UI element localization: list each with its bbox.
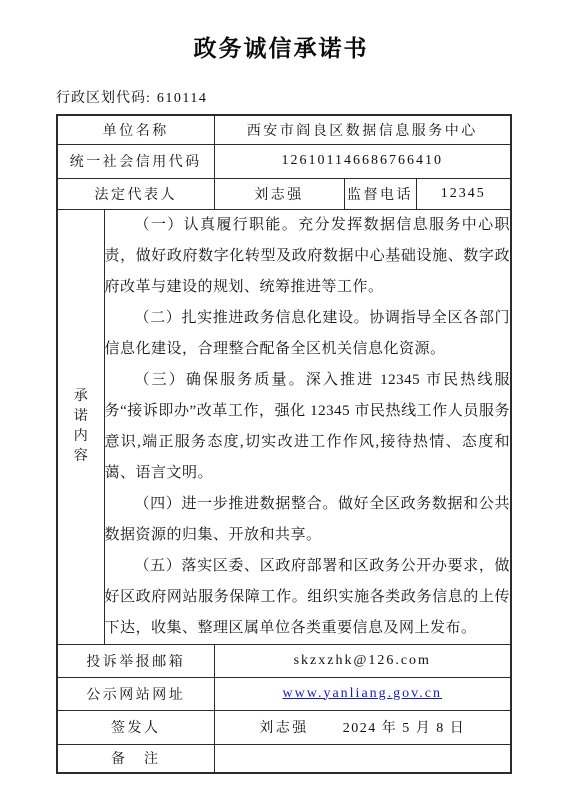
table-row-credit-code: 统一社会信用代码 126101146686766410 [57, 144, 511, 178]
issuer-date: 2024 年 5 月 8 日 [343, 721, 466, 736]
admin-code-label: 行政区划代码: [56, 91, 151, 106]
table-row-issuer: 签发人 刘志强2024 年 5 月 8 日 [57, 710, 511, 744]
commitment-paragraph-5: （五）落实区委、区政府部署和区政务公开办要求，做好区政府网站服务保障工作。组织实… [105, 551, 511, 644]
table-row-unit-name: 单位名称 西安市阎良区数据信息服务中心 [57, 115, 511, 144]
table-row-public-website: 公示网站网址 www.yanliang.gov.cn [57, 677, 511, 710]
table-row-legal-rep: 法定代表人 刘志强 监督电话 12345 [57, 178, 511, 209]
unit-name-value: 西安市阎良区数据信息服务中心 [214, 115, 511, 144]
commitment-paragraph-4: （四）进一步推进数据整合。做好全区政务数据和公共数据资源的归集、开放和共享。 [105, 489, 511, 551]
page-title: 政务诚信承诺书 [0, 30, 562, 63]
table-row-commitment: 承诺内容 （一）认真履行职能。充分发挥数据信息服务中心职责，做好政府数字化转型及… [57, 209, 511, 644]
supervise-phone-value: 12345 [416, 178, 511, 209]
commitment-form-table: 单位名称 西安市阎良区数据信息服务中心 统一社会信用代码 12610114668… [56, 114, 512, 774]
commitment-paragraph-3: （三）确保服务质量。深入推进 12345 市民热线服务“接诉即办”改革工作，强化… [105, 365, 511, 489]
commitment-paragraph-1: （一）认真履行职能。充分发挥数据信息服务中心职责，做好政府数字化转型及政府数据中… [105, 210, 511, 303]
credit-code-value: 126101146686766410 [214, 144, 511, 178]
credit-code-label: 统一社会信用代码 [57, 144, 214, 178]
complaint-email-label: 投诉举报邮箱 [57, 644, 214, 677]
issuer-cell: 刘志强2024 年 5 月 8 日 [214, 710, 511, 744]
commitment-label-cell: 承诺内容 [57, 209, 104, 644]
legal-rep-label: 法定代表人 [57, 178, 214, 209]
remarks-label: 备 注 [57, 744, 214, 773]
complaint-email-value: skzxzhk@126.com [214, 644, 511, 677]
table-row-complaint-email: 投诉举报邮箱 skzxzhk@126.com [57, 644, 511, 677]
issuer-label: 签发人 [57, 710, 214, 744]
commitment-paragraph-2: （二）扎实推进政务信息化建设。协调指导全区各部门信息化建设，合理整合配备全区机关… [105, 303, 511, 365]
admin-code-value: 610114 [157, 91, 207, 106]
commitment-content: （一）认真履行职能。充分发挥数据信息服务中心职责，做好政府数字化转型及政府数据中… [104, 209, 511, 644]
legal-rep-value: 刘志强 [214, 178, 344, 209]
unit-name-label: 单位名称 [57, 115, 214, 144]
remarks-value [214, 744, 511, 773]
table-row-remarks: 备 注 [57, 744, 511, 773]
document-page: 政务诚信承诺书 行政区划代码:610114 单位名称 西安市阎良区数据信息服务中… [0, 0, 562, 792]
issuer-name: 刘志强 [259, 721, 309, 736]
commitment-label: 承诺内容 [73, 387, 88, 467]
admin-code-line: 行政区划代码:610114 [56, 87, 562, 107]
public-website-link[interactable]: www.yanliang.gov.cn [283, 686, 442, 701]
supervise-phone-label: 监督电话 [344, 178, 416, 209]
public-website-label: 公示网站网址 [57, 677, 214, 710]
public-website-cell: www.yanliang.gov.cn [214, 677, 511, 710]
